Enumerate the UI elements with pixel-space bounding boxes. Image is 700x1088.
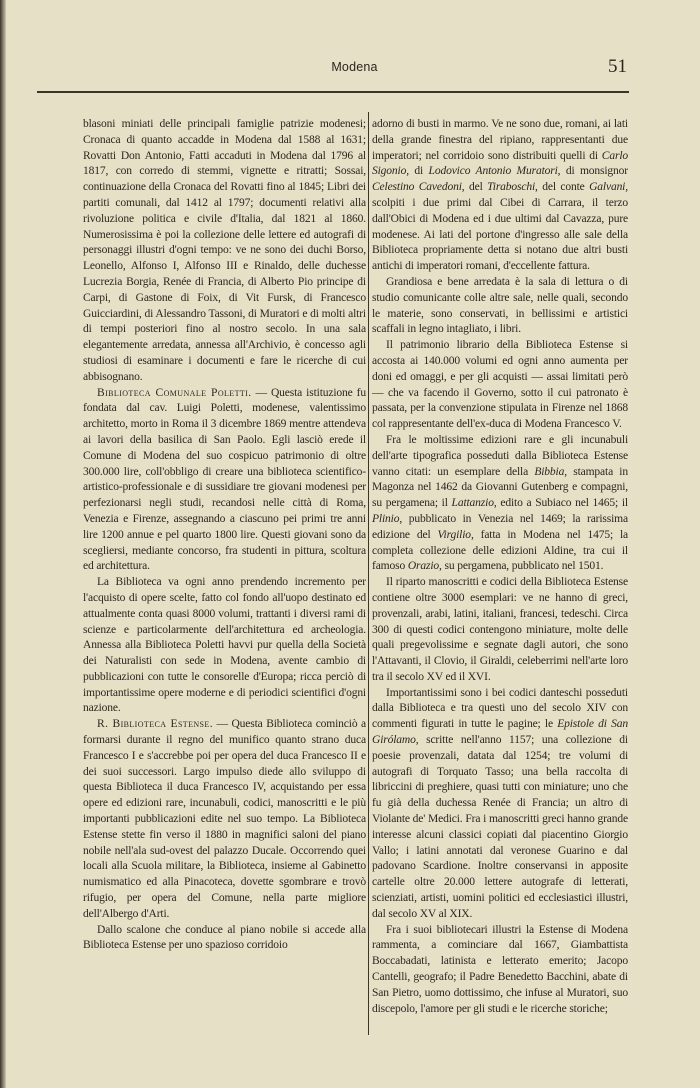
paragraph-scalone: Dallo scalone che conduce al piano nobil… [83, 923, 366, 955]
page-edge-shadow [0, 0, 6, 1088]
column-divider [368, 112, 369, 1035]
paragraph-sala-lettura: Grandiosa e bene arredata è la sala di l… [372, 275, 628, 338]
paragraph-codici-danteschi: Importantissimi sono i bei codici dantes… [372, 686, 628, 923]
running-title: Modena [82, 60, 627, 74]
left-column: blasoni miniati delle principali famigli… [83, 117, 366, 954]
paragraph-bibliotecari: Fra i suoi bibliotecari illustri la Este… [372, 923, 628, 1018]
paragraph-poletti-collection: La Biblioteca va ogni anno prendendo inc… [83, 575, 366, 717]
right-column: adorno di busti in marmo. Ve ne sono due… [372, 117, 628, 1017]
paragraph-archive-continued: blasoni miniati delle principali famigli… [83, 117, 366, 386]
header-rule [37, 91, 629, 93]
paragraph-biblioteca-poletti: Biblioteca Comunale Poletti. — Questa is… [83, 386, 366, 576]
page-number: 51 [608, 56, 627, 78]
section-heading-biblioteca-poletti: Biblioteca Comunale Poletti. [97, 387, 252, 399]
paragraph-biblioteca-estense: R. Biblioteca Estense. — Questa Bibliote… [83, 717, 366, 922]
section-heading-biblioteca-estense: R. Biblioteca Estense. [97, 718, 213, 730]
paragraph-busti: adorno di busti in marmo. Ve ne sono due… [372, 117, 628, 275]
paragraph-edizioni-rare: Fra le moltissime edizioni rare e gli in… [372, 433, 628, 575]
page-header: Modena 51 [82, 56, 627, 84]
paragraph-manoscritti: Il riparto manoscritti e codici della Bi… [372, 575, 628, 686]
paragraph-patrimonio: Il patrimonio librario della Biblioteca … [372, 338, 628, 433]
